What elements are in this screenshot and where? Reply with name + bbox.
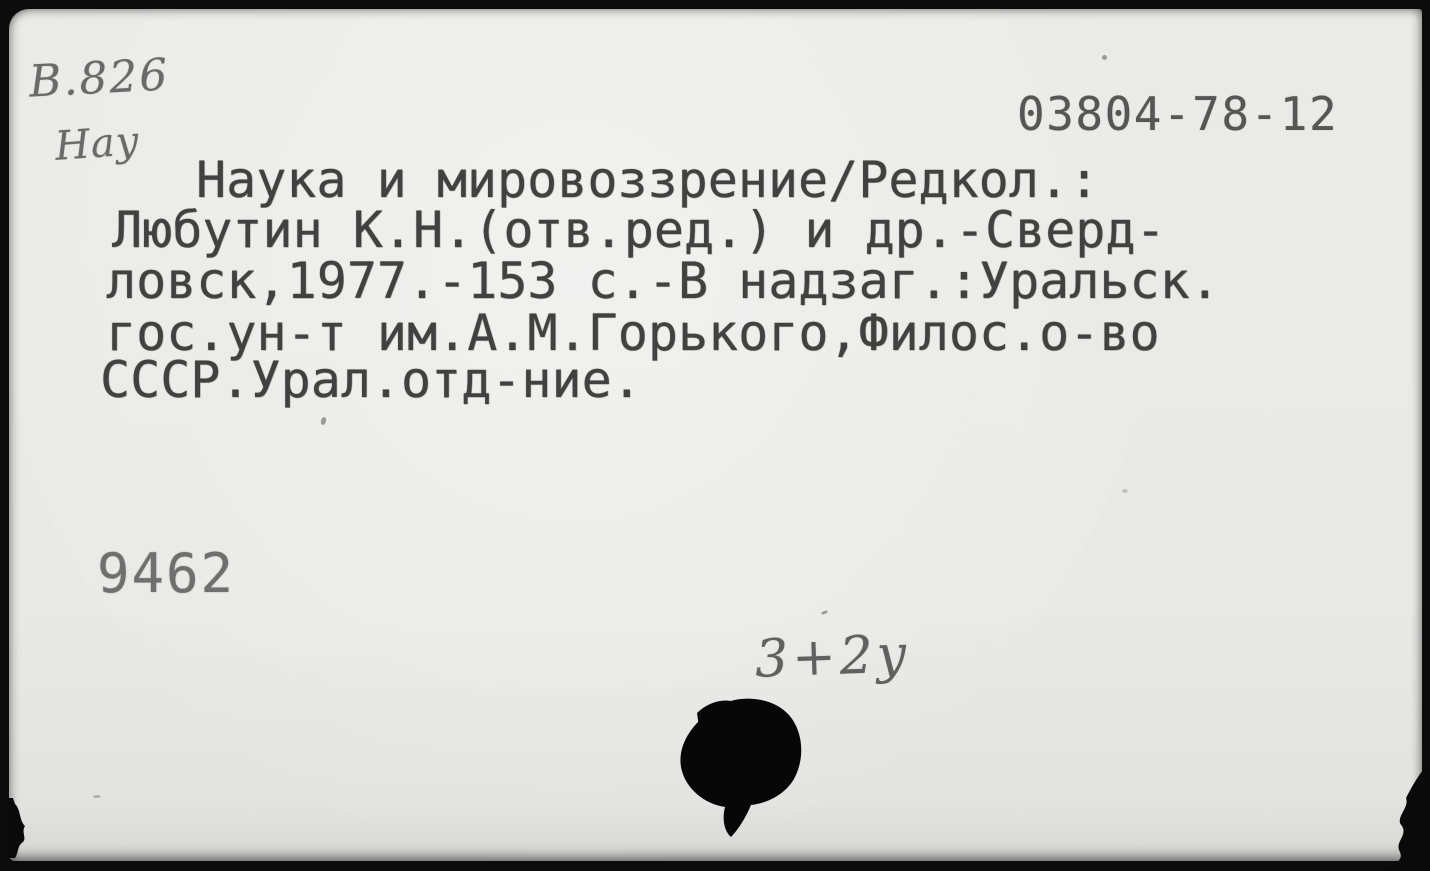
scan-surface: В.826 Нау 03804-78-12 Наука и мировоззре… <box>0 0 1430 871</box>
scan-speck <box>1122 489 1128 493</box>
scan-speck <box>320 416 327 425</box>
call-number-handwritten: В.826 <box>28 49 171 107</box>
entry-line: Любутин К.Н.(отв.ред.) и др.-Сверд- <box>112 205 1166 255</box>
scan-speck <box>1102 55 1107 60</box>
scan-edge-artifact-bottom-right <box>1382 762 1430 871</box>
price-annotation-handwritten: 3+2у <box>754 624 912 689</box>
accession-number: 9462 <box>97 547 235 601</box>
index-number: 03804-78-12 <box>1017 91 1338 137</box>
scan-speck <box>821 610 829 615</box>
scan-edge-artifact-left <box>9 798 29 858</box>
entry-line: Наука и мировоззрение/Редкол.: <box>196 155 1099 205</box>
scan-speck <box>93 795 101 798</box>
entry-line: СССР.Урал.отд-ние. <box>100 355 642 405</box>
author-mark-handwritten: Нау <box>53 118 141 170</box>
ink-blot-icon <box>677 693 805 839</box>
entry-line: ловск,1977.-153 с.-В надзаг.:Уральск. <box>106 256 1220 306</box>
catalog-card: В.826 Нау 03804-78-12 Наука и мировоззре… <box>9 9 1422 861</box>
